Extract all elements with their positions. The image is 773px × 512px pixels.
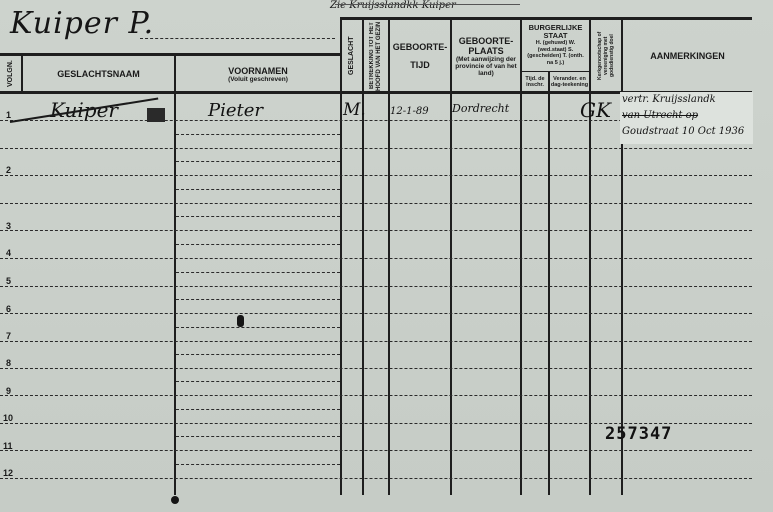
row-number: 11 <box>3 441 13 451</box>
voornamen-subline <box>176 216 340 217</box>
header-burgerlijke-staat-sub: H. (gehuwd) W. (wed.staat) S. (gescheide… <box>526 40 586 66</box>
row-line-2b <box>0 203 752 204</box>
row-line-11 <box>0 450 752 451</box>
header-kerkgenootschap: Kerkgenootschap of vereeniging met godsd… <box>591 21 621 91</box>
entry-kerkgenootschap: GK <box>580 98 611 122</box>
top-cross-reference-note: Zie Kruijsslandkk Kuiper <box>330 0 456 11</box>
header-geboorteplaats-sub: (Met aanwijzing der provincie of van het… <box>455 56 517 77</box>
row-line-9 <box>0 395 752 396</box>
voornamen-subline <box>176 299 340 300</box>
header-geslacht: GESLACHT <box>342 21 362 91</box>
header-burgerlijke-staat-line2: STAAT <box>544 32 568 40</box>
row-number: 9 <box>6 386 11 396</box>
header-geboortetijd-line2: TIJD <box>410 60 430 70</box>
header-burgerlijke-staat: BURGERLIJKE STAAT H. (gehuwd) W. (wed.st… <box>522 20 589 70</box>
top-note-underline <box>335 4 520 5</box>
voornamen-subline <box>176 464 340 465</box>
voornamen-subline <box>176 244 340 245</box>
person-registration-card: Kuiper P. Zie Kruijsslandkk Kuiper VOLGN… <box>0 0 773 512</box>
row-number: 1 <box>6 110 11 120</box>
card-title-name: Kuiper P. <box>10 6 154 41</box>
header-verandering: Verander. en dag-teekening <box>550 73 589 91</box>
row-line-1b <box>0 148 752 149</box>
header-tijd-inschr-label: Tijd. de inschr. <box>522 76 548 88</box>
header-tijd-inschr: Tijd. de inschr. <box>522 73 548 91</box>
row-line-4 <box>0 258 752 259</box>
row-number: 3 <box>6 221 11 231</box>
row-line-3 <box>0 230 752 231</box>
row-line-5 <box>0 286 752 287</box>
redaction-mark <box>147 108 165 122</box>
entry-geboortetijd: 12-1-89 <box>390 106 429 117</box>
ink-spot <box>171 496 179 504</box>
voornamen-subline <box>176 381 340 382</box>
row-number: 10 <box>3 413 13 423</box>
entry-voornamen: Pieter <box>208 100 263 121</box>
header-geslachtsnaam-label: GESLACHTSNAAM <box>57 69 140 79</box>
header-verandering-label: Verander. en dag-teekening <box>550 76 589 88</box>
entry-geboorteplaats: Dordrecht <box>452 102 509 115</box>
row-line-8 <box>0 368 752 369</box>
voornamen-subline <box>176 272 340 273</box>
voornamen-subline <box>176 134 340 135</box>
ink-spot <box>237 315 244 327</box>
row-line-12 <box>0 478 752 479</box>
header-geboorteplaats-line1: GEBOORTE- <box>459 36 514 46</box>
col-divider-geslachtsnaam <box>174 55 176 495</box>
voornamen-subline <box>176 327 340 328</box>
row-line-7 <box>0 341 752 342</box>
header-voornamen: VOORNAMEN (Voluit geschreven) <box>176 56 340 92</box>
row-number: 12 <box>3 468 13 478</box>
header-geboorteplaats-line2: PLAATS <box>468 46 503 56</box>
row-number: 8 <box>6 358 11 368</box>
entry-geslacht: M. <box>343 100 366 120</box>
header-voornamen-sub: (Voluit geschreven) <box>228 76 288 83</box>
remark-line-1: vertr. Kruijsslandk <box>622 94 716 105</box>
header-geslachtsnaam: GESLACHTSNAAM <box>23 56 174 92</box>
registration-stamp-number: 257347 <box>605 424 672 444</box>
header-geboortetijd: GEBOORTE- TIJD <box>390 21 450 91</box>
header-geboortetijd-line1: GEBOORTE- <box>393 42 448 52</box>
title-underline <box>140 38 335 39</box>
voornamen-subline <box>176 161 340 162</box>
row-line-2 <box>0 175 752 176</box>
header-aanmerkingen-label: AANMERKINGEN <box>650 51 725 61</box>
header-aanmerkingen: AANMERKINGEN <box>623 21 752 91</box>
burgerlijke-staat-subdivider <box>522 71 589 72</box>
remark-line-2-struck: van Utrecht op <box>622 110 698 121</box>
row-number: 7 <box>6 331 11 341</box>
row-number: 5 <box>6 276 11 286</box>
voornamen-subline <box>176 436 340 437</box>
header-betrekking: BETREKKING TOT HET HOOFD VAN HET GEZIN <box>364 21 388 91</box>
header-voornamen-label: VOORNAMEN <box>228 66 288 76</box>
row-line-6 <box>0 313 752 314</box>
voornamen-subline <box>176 409 340 410</box>
voornamen-subline <box>176 354 340 355</box>
col-divider-tijd-inschr <box>548 72 550 495</box>
header-geboorteplaats: GEBOORTE- PLAATS (Met aanwijzing der pro… <box>452 21 520 91</box>
voornamen-subline <box>176 189 340 190</box>
header-volgnr: VOLGN. <box>3 56 19 92</box>
row-number: 6 <box>6 304 11 314</box>
remark-line-3: Goudstraat 10 Oct 1936 <box>622 126 744 137</box>
row-number: 2 <box>6 165 11 175</box>
row-number: 4 <box>6 248 11 258</box>
